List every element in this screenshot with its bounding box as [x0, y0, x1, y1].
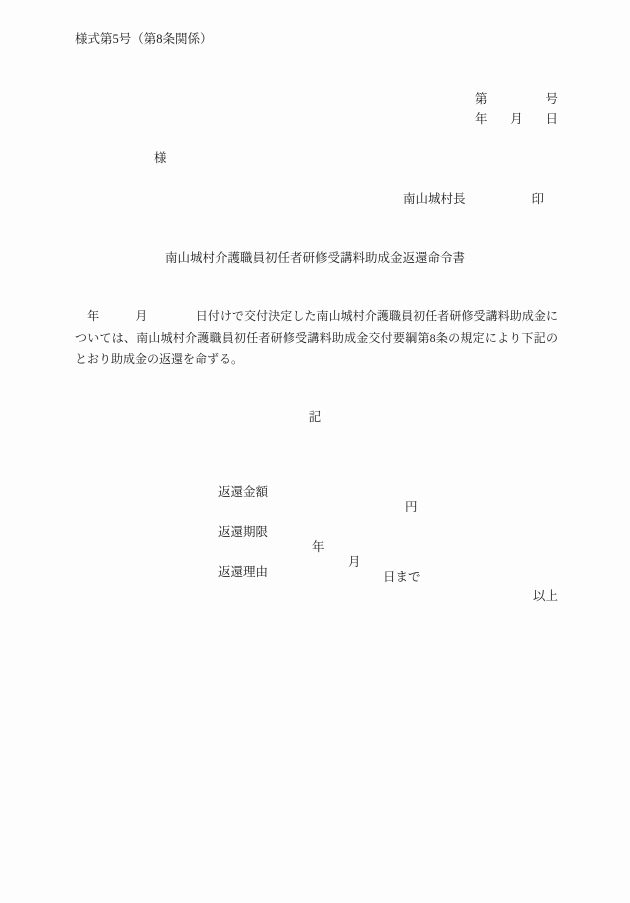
refund-deadline-label: 返還期限 [218, 522, 268, 540]
refund-reason-label: 返還理由 [218, 562, 268, 580]
document-number-line: 第 号 [475, 89, 558, 107]
date-year-label: 年 [475, 109, 488, 127]
doc-number-suffix: 号 [545, 89, 558, 107]
doc-number-prefix: 第 [475, 89, 488, 107]
recipient-honorific: 様 [154, 148, 167, 166]
body-line-2: ついては、南山城村介護職員初任者研修受講料助成金交付要綱第8条の規定により下記の [75, 328, 558, 350]
body-paragraph: 年 月 日付けで交付決定した南山城村介護職員初任者研修受講料助成金に ついては、… [75, 306, 558, 371]
date-day-label: 日 [545, 109, 558, 127]
document-title: 南山城村介護職員初任者研修受講料助成金返還命令書 [0, 248, 630, 266]
refund-amount-label: 返還金額 [218, 482, 268, 500]
issuer-name: 南山城村長 [403, 189, 466, 207]
body-line-3: とおり助成金の返還を命ずる。 [75, 349, 558, 371]
document-page: 様式第5号（第8条関係） 第 号 年 月 日 様 南山城村長 印 南山城村介護職… [0, 0, 630, 903]
refund-deadline-row: 返還期限 年 月 日まで [218, 507, 558, 523]
body-line-1: 年 月 日付けで交付決定した南山城村介護職員初任者研修受講料助成金に [75, 306, 558, 328]
section-marker-ki: 記 [0, 407, 630, 425]
closing-marker: 以上 [533, 586, 558, 604]
refund-reason-row: 返還理由 [218, 547, 558, 563]
form-number-label: 様式第5号（第8条関係） [75, 29, 213, 47]
date-month-label: 月 [510, 109, 523, 127]
refund-amount-row: 返還金額 円 [218, 467, 558, 483]
seal-placeholder: 印 [531, 189, 544, 207]
deadline-day-label: 日まで [383, 567, 421, 585]
issue-date-line: 年 月 日 [475, 109, 558, 127]
issuer-line: 南山城村長 印 [403, 189, 544, 207]
